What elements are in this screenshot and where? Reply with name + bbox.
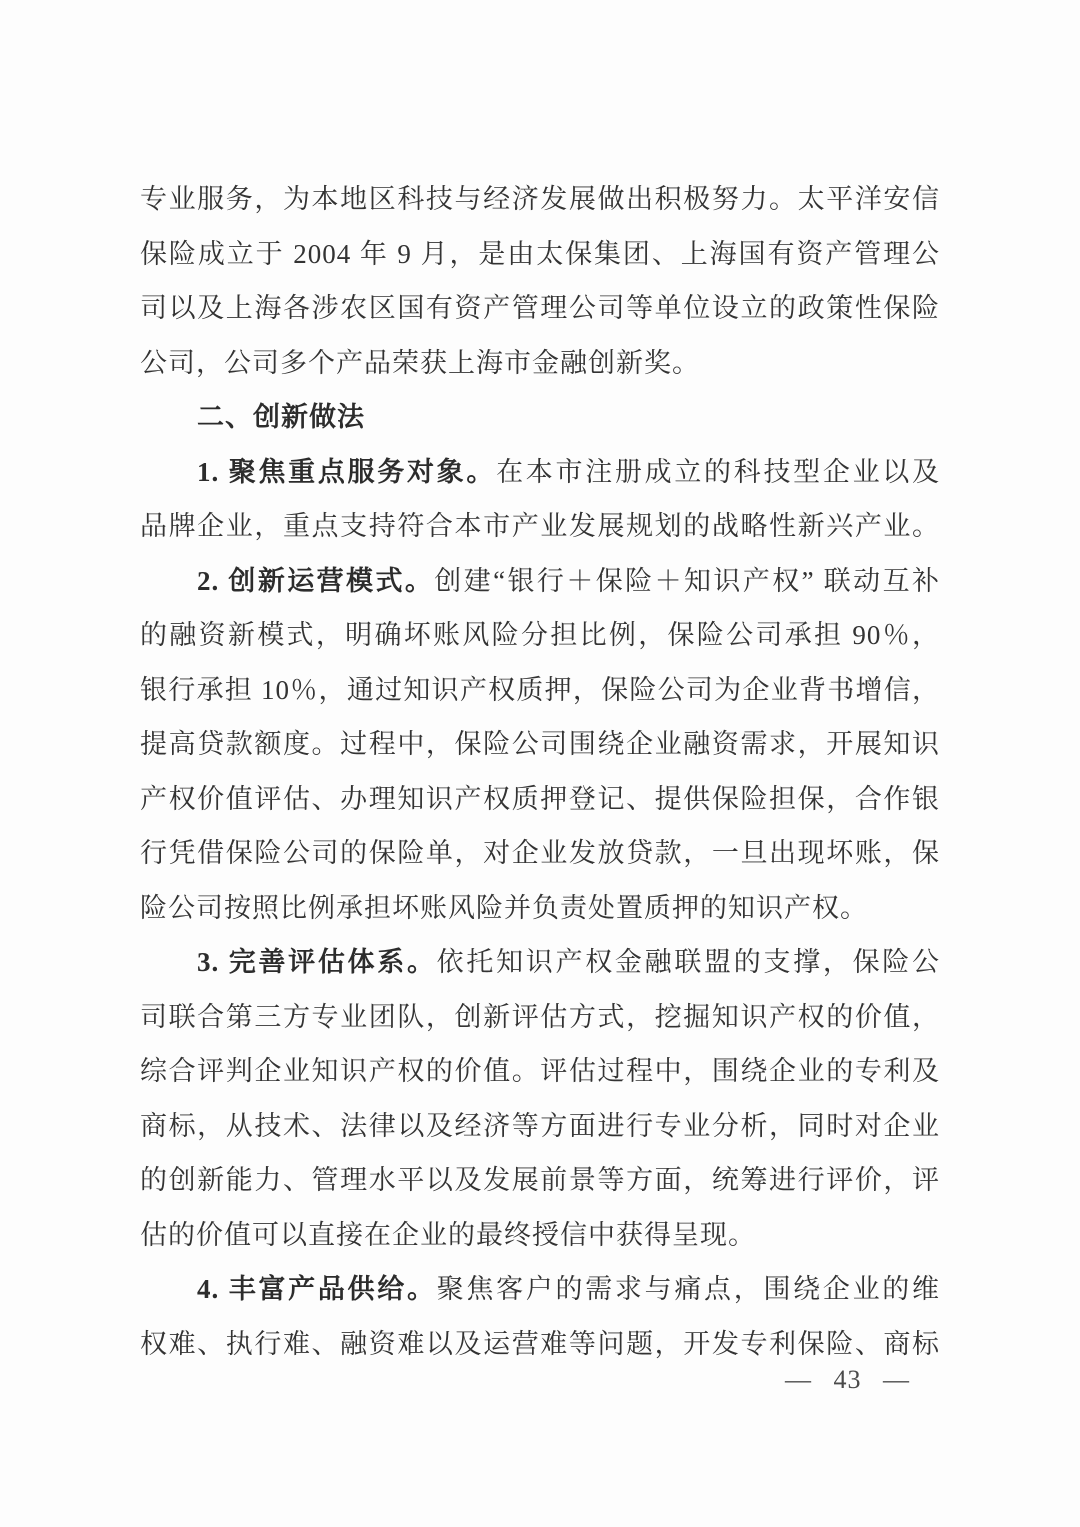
text-line: 保险成立于 2004 年 9 月，是由太保集团、上海国有资产管理公 [140, 227, 940, 282]
text-segment: 品牌企业，重点支持符合本市产业发展规划的战略性新兴产业。 [140, 511, 940, 541]
text-segment-bold: 2. 创新运营模式。 [197, 566, 434, 596]
text-segment: 险公司按照比例承担坏账风险并负责处置质押的知识产权。 [140, 893, 868, 923]
text-segment: 提高贷款额度。过程中，保险公司围绕企业融资需求，开展知识 [140, 729, 940, 759]
text-line: 商标，从技术、法律以及经济等方面进行专业分析，同时对企业 [140, 1099, 940, 1154]
text-line: 估的价值可以直接在企业的最终授信中获得呈现。 [140, 1208, 940, 1263]
text-line: 司以及上海各涉农区国有资产管理公司等单位设立的政策性保险 [140, 281, 940, 336]
text-line: 二、创新做法 [140, 390, 940, 445]
text-segment: 依托知识产权金融联盟的支撑，保险公 [437, 947, 940, 977]
text-line: 专业服务，为本地区科技与经济发展做出积极努力。太平洋安信 [140, 172, 940, 227]
text-line: 行凭借保险公司的保险单，对企业发放贷款，一旦出现坏账，保 [140, 826, 940, 881]
text-segment-bold: 3. 完善评估体系。 [197, 947, 437, 977]
text-segment: 司以及上海各涉农区国有资产管理公司等单位设立的政策性保险 [140, 293, 940, 323]
text-segment: 创建“银行＋保险＋知识产权” 联动互补 [434, 566, 940, 596]
text-segment: 银行承担 10％，通过知识产权质押，保险公司为企业背书增信， [140, 675, 940, 705]
text-line: 险公司按照比例承担坏账风险并负责处置质押的知识产权。 [140, 881, 940, 936]
text-line: 司联合第三方专业团队，创新评估方式，挖掘知识产权的价值， [140, 990, 940, 1045]
text-line: 银行承担 10％，通过知识产权质押，保险公司为企业背书增信， [140, 663, 940, 718]
text-line: 1. 聚焦重点服务对象。在本市注册成立的科技型企业以及 [140, 445, 940, 500]
text-segment-bold: 二、创新做法 [197, 402, 365, 432]
text-line: 产权价值评估、办理知识产权质押登记、提供保险担保，合作银 [140, 772, 940, 827]
text-segment: 估的价值可以直接在企业的最终授信中获得呈现。 [140, 1220, 756, 1250]
text-segment: 商标，从技术、法律以及经济等方面进行专业分析，同时对企业 [140, 1111, 940, 1141]
text-line: 公司，公司多个产品荣获上海市金融创新奖。 [140, 336, 940, 391]
text-segment: 公司，公司多个产品荣获上海市金融创新奖。 [140, 348, 700, 378]
text-segment: 专业服务，为本地区科技与经济发展做出积极努力。太平洋安信 [140, 184, 940, 214]
text-segment: 的创新能力、管理水平以及发展前景等方面，统筹进行评价，评 [140, 1165, 940, 1195]
document-page: 专业服务，为本地区科技与经济发展做出积极努力。太平洋安信保险成立于 2004 年… [0, 0, 1080, 1527]
text-line: 的融资新模式，明确坏账风险分担比例，保险公司承担 90％， [140, 608, 940, 663]
text-line: 2. 创新运营模式。创建“银行＋保险＋知识产权” 联动互补 [140, 554, 940, 609]
text-segment: 司联合第三方专业团队，创新评估方式，挖掘知识产权的价值， [140, 1002, 940, 1032]
text-line: 品牌企业，重点支持符合本市产业发展规划的战略性新兴产业。 [140, 499, 940, 554]
text-segment: 的融资新模式，明确坏账风险分担比例，保险公司承担 90％， [140, 620, 940, 650]
text-segment: 权难、执行难、融资难以及运营难等问题，开发专利保险、商标 [140, 1329, 940, 1359]
page-number: — 43 — [785, 1360, 910, 1400]
document-body: 专业服务，为本地区科技与经济发展做出积极努力。太平洋安信保险成立于 2004 年… [140, 172, 940, 1371]
text-segment: 在本市注册成立的科技型企业以及 [496, 457, 940, 487]
text-segment-bold: 1. 聚焦重点服务对象。 [197, 457, 496, 487]
text-line: 提高贷款额度。过程中，保险公司围绕企业融资需求，开展知识 [140, 717, 940, 772]
text-segment: 产权价值评估、办理知识产权质押登记、提供保险担保，合作银 [140, 784, 940, 814]
text-segment-bold: 4. 丰富产品供给。 [197, 1274, 437, 1304]
text-segment: 综合评判企业知识产权的价值。评估过程中，围绕企业的专利及 [140, 1056, 940, 1086]
text-line: 的创新能力、管理水平以及发展前景等方面，统筹进行评价，评 [140, 1153, 940, 1208]
text-segment: 行凭借保险公司的保险单，对企业发放贷款，一旦出现坏账，保 [140, 838, 940, 868]
text-segment: 保险成立于 2004 年 9 月，是由太保集团、上海国有资产管理公 [140, 239, 940, 269]
text-segment: 聚焦客户的需求与痛点，围绕企业的维 [437, 1274, 940, 1304]
text-line: 4. 丰富产品供给。聚焦客户的需求与痛点，围绕企业的维 [140, 1262, 940, 1317]
text-line: 综合评判企业知识产权的价值。评估过程中，围绕企业的专利及 [140, 1044, 940, 1099]
text-line: 3. 完善评估体系。依托知识产权金融联盟的支撑，保险公 [140, 935, 940, 990]
